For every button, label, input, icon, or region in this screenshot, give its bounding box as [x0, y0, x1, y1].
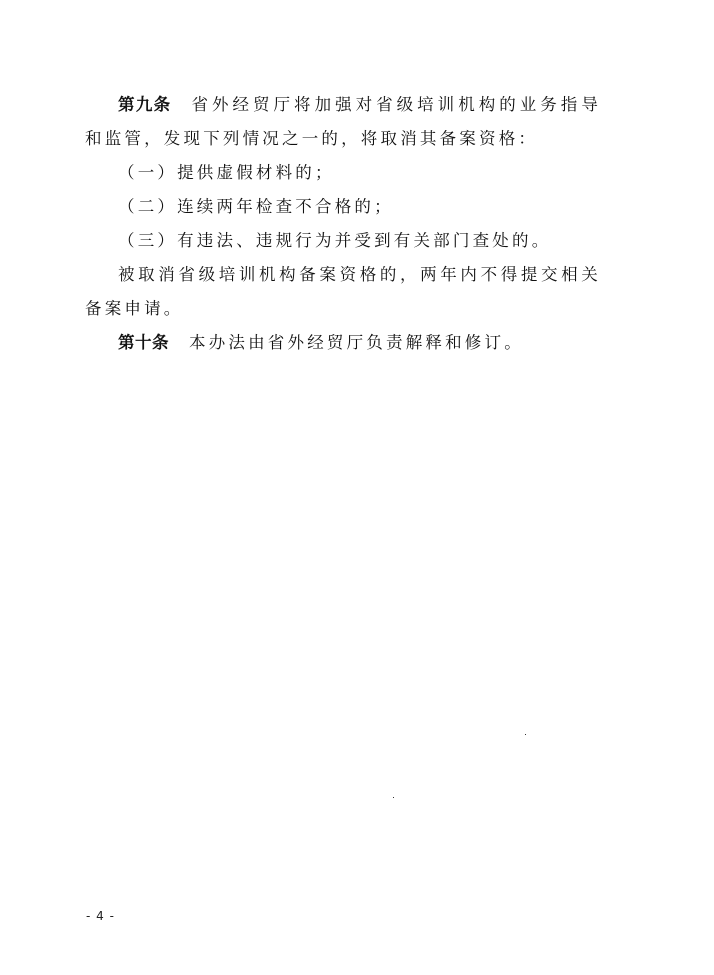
article-9-label: 第九条 — [118, 95, 171, 114]
article-10-text: 本办法由省外经贸厅负责解释和修订。 — [189, 333, 524, 352]
list-item: （二）连续两年检查不合格的； — [85, 190, 601, 224]
list-item: （三）有违法、违规行为并受到有关部门查处的。 — [85, 224, 601, 258]
document-page: 第九条省外经贸厅将加强对省级培训机构的业务指导和监管，发现下列情况之一的，将取消… — [0, 0, 714, 975]
article-9: 第九条省外经贸厅将加强对省级培训机构的业务指导和监管，发现下列情况之一的，将取消… — [85, 88, 601, 156]
document-body: 第九条省外经贸厅将加强对省级培训机构的业务指导和监管，发现下列情况之一的，将取消… — [85, 88, 601, 360]
scan-speck — [393, 797, 394, 798]
article-10-label: 第十条 — [118, 333, 169, 352]
revocation-paragraph: 被取消省级培训机构备案资格的，两年内不得提交相关备案申请。 — [85, 258, 601, 326]
scan-speck — [525, 734, 526, 735]
page-number: - 4 - — [86, 909, 115, 923]
article-10: 第十条本办法由省外经贸厅负责解释和修订。 — [85, 326, 601, 360]
list-item: （一）提供虚假材料的； — [85, 156, 601, 190]
